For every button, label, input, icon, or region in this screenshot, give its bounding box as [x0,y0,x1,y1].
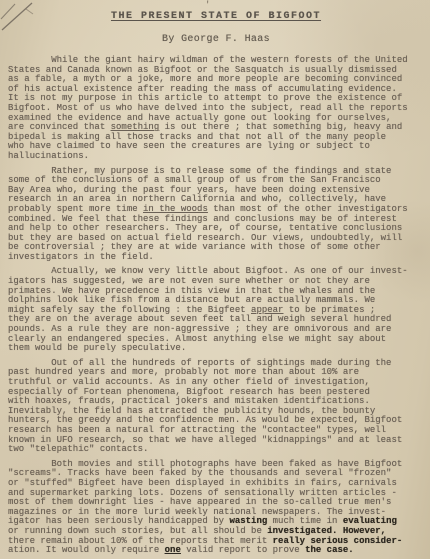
text-run: be controversial ; they are at wide vari… [8,242,381,252]
byline-row: By George F. Haas [8,28,424,46]
text-run: Bigfoot. Most of us who have delved into… [8,103,408,113]
text-run: valid report to prove [181,545,305,555]
document-content: THE PRESENT STATE OF BIGFOOT By George F… [8,5,424,559]
text-run: some of the conclusions of a small group… [8,175,381,185]
text-run: they are on the average about seven feet… [8,314,391,324]
text-run: than most of the other investigators [208,204,408,214]
document-body: While the giant hairy wildman of the wes… [8,56,424,556]
text-run: much time in [267,516,343,526]
text-run: dolphins look like fish from a distance … [8,295,375,305]
text-run: past hundred years and more, probably no… [8,367,359,377]
text-run: ation. It would only require [8,545,165,555]
text-run: hallucinations. [8,151,89,161]
emphasized-text: something [111,122,160,132]
text-run: pounds. As a rule they are non-aggressiv… [8,324,391,334]
title-row: THE PRESENT STATE OF BIGFOOT [8,5,424,23]
text-run: most of them downright lies - have appea… [8,497,391,507]
paragraph: Both movies and still photographs have b… [8,460,424,556]
text-run: and help to other researchers. They are,… [8,223,402,233]
document-title: THE PRESENT STATE OF BIGFOOT [111,11,321,22]
text-line: them would be purely speculative. [8,344,424,354]
text-run: who have claimed to have seen the creatu… [8,141,370,151]
text-run: are convinced that [8,122,111,132]
text-run: is out there ; that something big, heavy… [159,122,402,132]
emphasized-text: investigated. However, [267,526,386,536]
text-run: as a fable, a myth or a joke, more and m… [8,74,402,84]
paragraph: Out of all the hundreds of reports of si… [8,359,424,455]
emphasized-text: wasting [229,516,267,526]
emphasized-text: the case. [305,545,354,555]
text-run: or running down such stories, but all sh… [8,526,267,536]
document-page: ' ’ THE PRESENT STATE OF BIGFOOT By Geor… [0,0,430,559]
text-run: It is not my purpose in this article to … [8,93,402,103]
text-run: igators has suggested, we are not even s… [8,276,370,286]
text-run: research has been a natural for attracti… [8,425,386,435]
text-line: hallucinations. [8,152,424,162]
text-run: with hoaxes, frauds, practical jokers an… [8,396,370,406]
emphasized-text: really serious consider- [273,536,403,546]
text-run: hunters, the greedy and the confidence m… [8,415,402,425]
text-run: "screams". Tracks have been faked by the… [8,468,391,478]
paragraph: While the giant hairy wildman of the wes… [8,56,424,162]
paragraph: Rather, my purpose is to release some of… [8,167,424,263]
text-run: them would be purely speculative. [8,343,186,353]
text-run: research in an area in northern Californ… [8,194,386,204]
text-run: igator has been seriously handicapped by [8,516,229,526]
document-byline: By George F. Haas [162,34,270,45]
text-line: ation. It would only require one valid r… [8,546,424,556]
emphasized-text: one [165,545,181,555]
text-run: probably spent more time [8,204,143,214]
text-run: truthful or valid accounts. As in any ot… [8,377,370,387]
text-run: Actually, we know very little about Bigf… [8,266,408,276]
emphasized-text: in the woods [143,204,208,214]
text-run: combined. We feel that these findings an… [8,214,397,224]
text-run: investigators in the field. [8,252,154,262]
text-run: two "telepathic" contacts. [8,444,148,454]
paragraph: Actually, we know very little about Bigf… [8,267,424,353]
text-run: While the giant hairy wildman of the wes… [8,55,408,65]
text-line: two "telepathic" contacts. [8,445,424,455]
emphasized-text: evaluating [343,516,397,526]
text-line: investigators in the field. [8,253,424,263]
text-run: there remain about 10% of the reports th… [8,536,273,546]
text-run: or "stuffed" Bigfeet have been displayed… [8,478,397,488]
